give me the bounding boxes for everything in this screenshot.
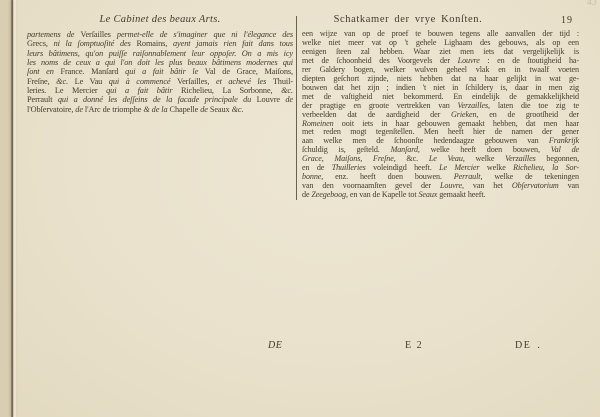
page-number: 19 <box>561 15 573 26</box>
text-line: les noms de ceux a qui l'on doit les plu… <box>27 58 293 67</box>
text-line: leries. Le Mercier qui a fait bâtir Rich… <box>27 86 293 95</box>
text-line: partemens de Verſailles permet-elle de s… <box>27 30 293 39</box>
text-line: leurs bâtimens, qu'on puiſſe raiſonnable… <box>27 49 293 58</box>
right-catchword: DE . <box>515 340 541 351</box>
signature-mark: E 2 <box>405 340 422 351</box>
column-divider-rule <box>296 16 297 200</box>
dutch-column: een wijze van op de proef te bouwen tege… <box>302 30 579 200</box>
text-line: de Zeegeboog, en van de Kapelle tot Seau… <box>302 191 579 200</box>
pencil-annotation: 43 <box>587 0 597 8</box>
page-edge-strip <box>0 0 11 417</box>
text-line: Perrault qui a donné les deſſeins de la … <box>27 95 293 104</box>
book-page-scan: Le Cabinet des beaux Arts. Schatkamer de… <box>0 0 600 417</box>
french-running-title: Le Cabinet des beaux Arts. <box>27 14 293 25</box>
page-fold-highlight <box>14 0 16 417</box>
dutch-running-title: Schatkamer der vrye Konſten. <box>302 14 514 25</box>
text-line: ſont en France. Manſard qui a fait bâtir… <box>27 67 293 76</box>
left-catchword: DE <box>268 340 282 351</box>
text-line: Freſne, &c. Le Vau qui à commencé Verſai… <box>27 77 293 86</box>
french-column: partemens de Verſailles permet-elle de s… <box>27 30 293 114</box>
text-line: Grecs, ni la ſomptuoſité des Romains, ay… <box>27 39 293 48</box>
text-line: l'Obſervatoire, de l'Arc de triomphe & d… <box>27 105 293 114</box>
page-fold-line <box>11 0 13 417</box>
